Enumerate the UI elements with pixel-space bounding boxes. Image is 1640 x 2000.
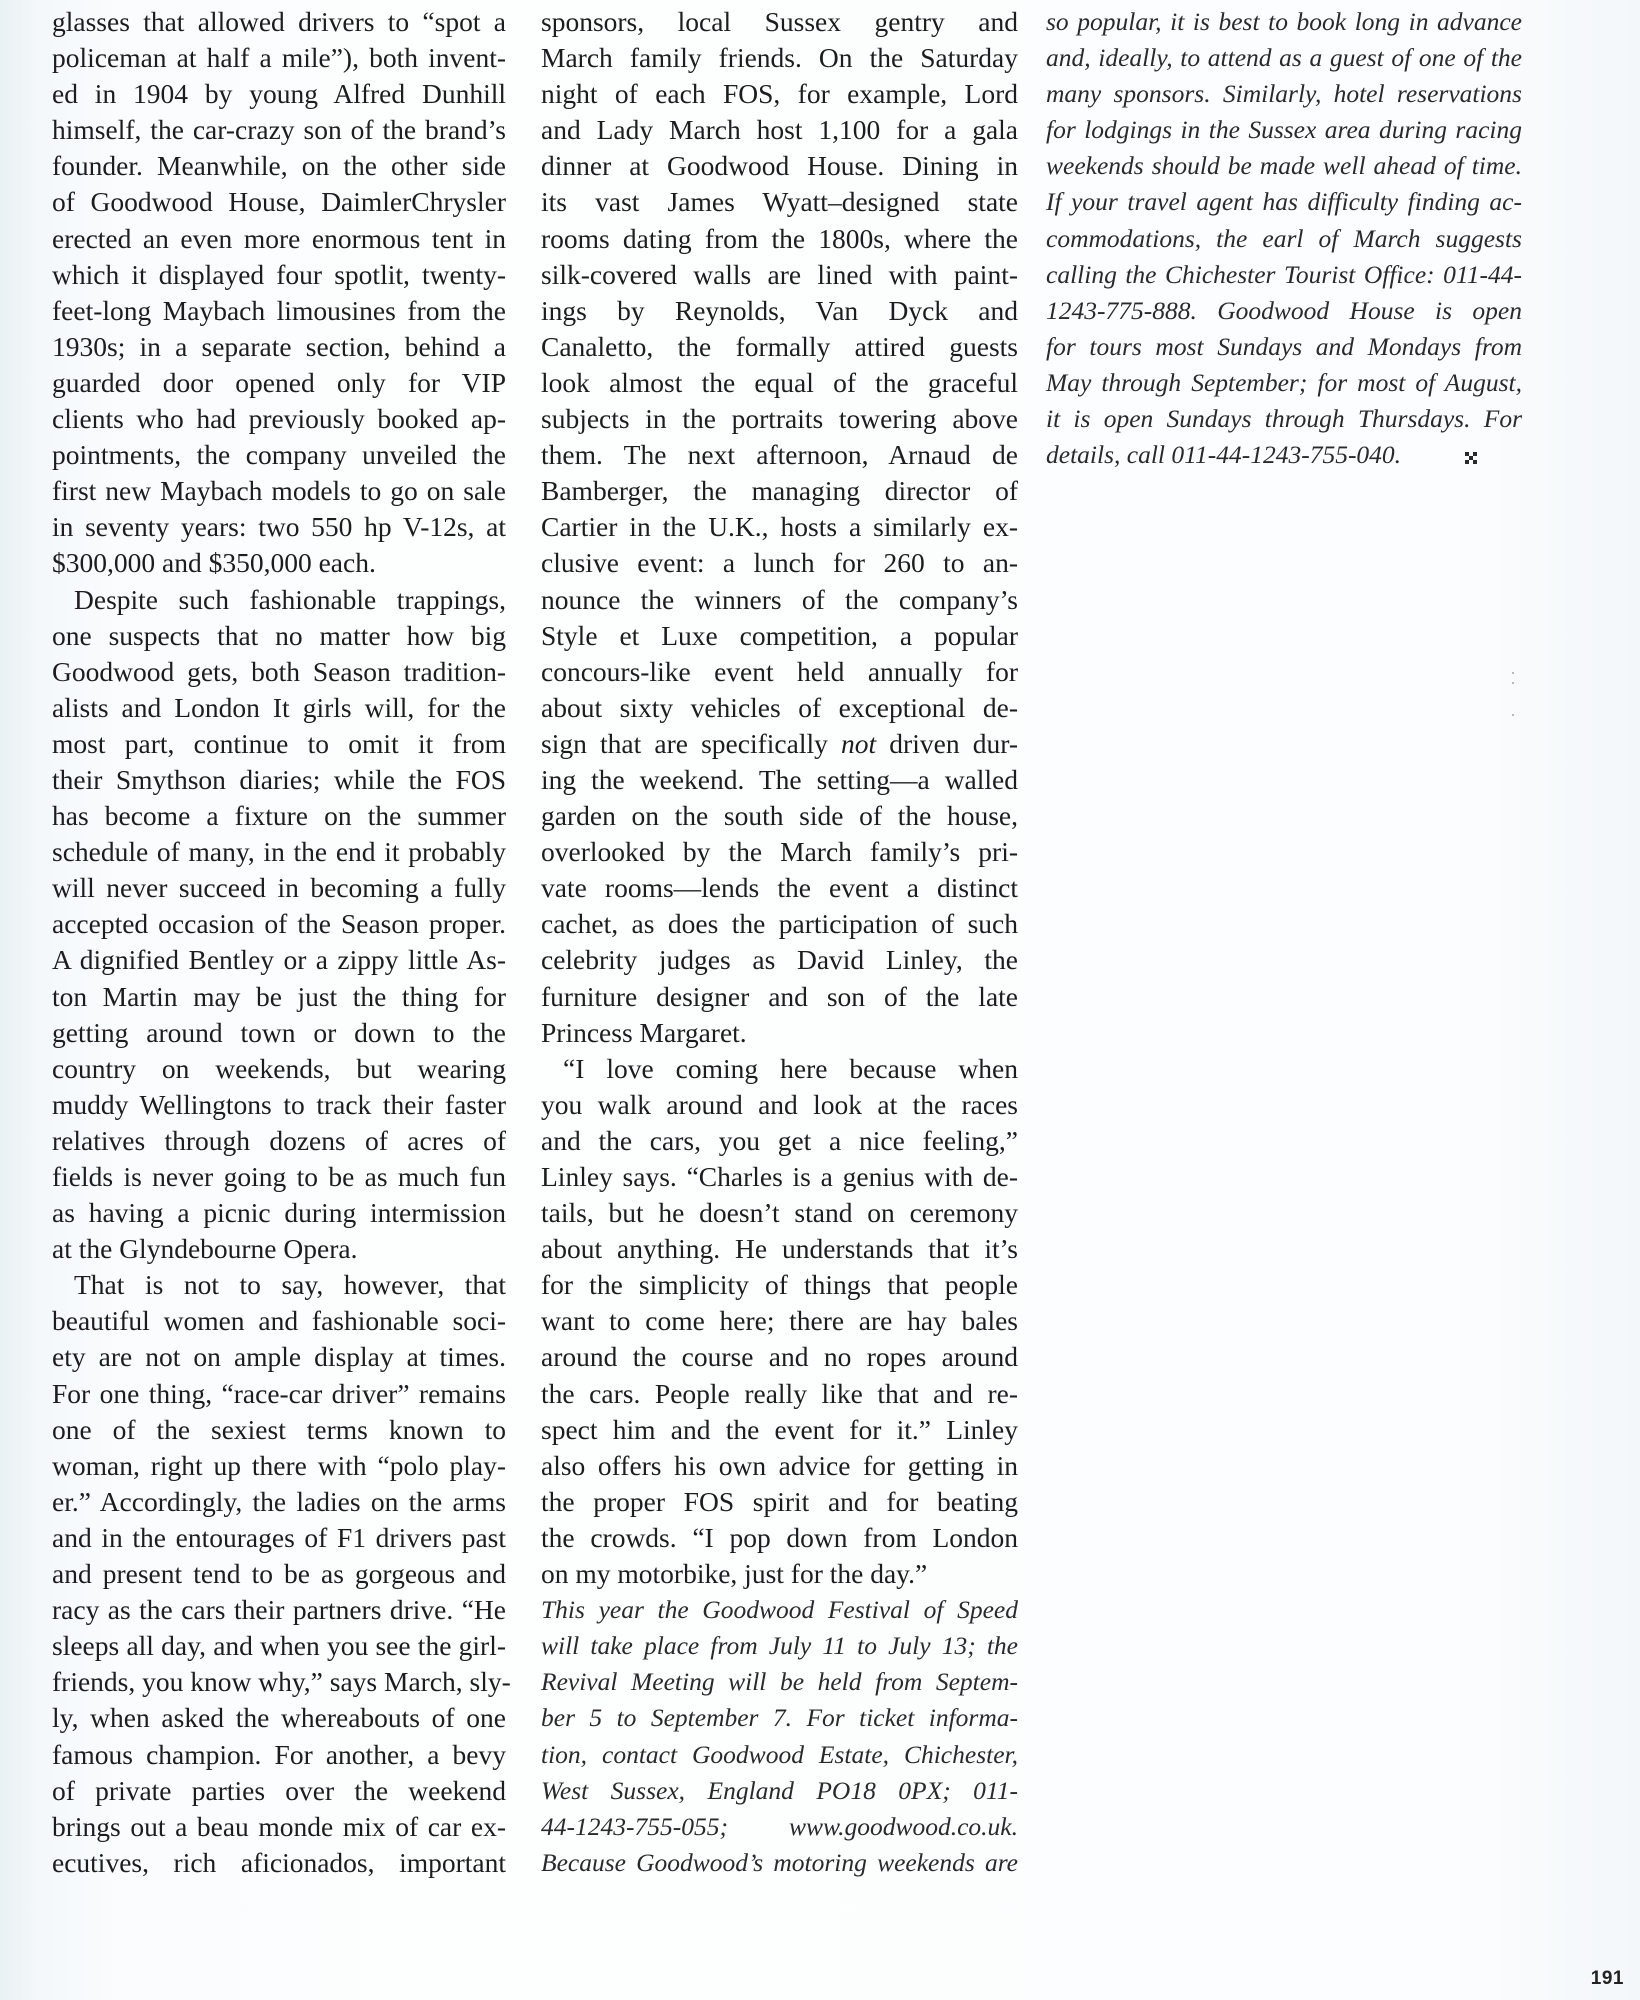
paragraph-start-line: That is not to say, however, that <box>52 1267 506 1303</box>
text-line: and Lady March host 1,100 for a gala <box>541 112 1018 148</box>
text-line: Princess Margaret. <box>541 1015 1018 1051</box>
info-line: 1243-775-888. Goodwood House is open <box>1046 293 1522 329</box>
text-line: at the Glyndebourne Opera. <box>52 1231 506 1267</box>
text-line: the crowds. “I pop down from London <box>541 1520 1018 1556</box>
text-line: guarded door opened only for VIP <box>52 365 506 401</box>
text-line: 1930s; in a separate section, behind a <box>52 329 506 365</box>
info-line: and, ideally, to attend as a guest of on… <box>1046 40 1522 76</box>
text-line: ety are not on ample display at times. <box>52 1339 506 1375</box>
info-line: many sponsors. Similarly, hotel reservat… <box>1046 76 1522 112</box>
text-line: erected an even more enormous tent in <box>52 221 506 257</box>
text-line: them. The next afternoon, Arnaud de <box>541 437 1018 473</box>
info-line: Because Goodwood’s motoring weekends are <box>541 1845 1018 1881</box>
text-line: you walk around and look at the races <box>541 1087 1018 1123</box>
text-line: and the cars, you get a nice feeling,” <box>541 1123 1018 1159</box>
text-line: and in the entourages of F1 drivers past <box>52 1520 506 1556</box>
info-line: ber 5 to September 7. For ticket informa… <box>541 1700 1018 1736</box>
info-line-final: details, call 011-44-1243-755-040. <box>1046 437 1522 473</box>
text-line: most part, continue to omit it from <box>52 726 506 762</box>
text-line: dinner at Goodwood House. Dining in <box>541 148 1018 184</box>
text-line: ly, when asked the whereabouts of one <box>52 1700 506 1736</box>
text-line: famous champion. For another, a bevy <box>52 1737 506 1773</box>
page-number: 191 <box>1591 1968 1624 1990</box>
text-line: about anything. He understands that it’s <box>541 1231 1018 1267</box>
text-line: ed in 1904 by young Alfred Dunhill <box>52 76 506 112</box>
text-line: their Smythson diaries; while the FOS <box>52 762 506 798</box>
text-line: first new Maybach models to go on sale <box>52 473 506 509</box>
text-line: around the course and no ropes around <box>541 1339 1018 1375</box>
text-line: policeman at half a mile”), both invent- <box>52 40 506 76</box>
text-line: on my motorbike, just for the day.” <box>541 1556 1018 1592</box>
info-line: weekends should be made well ahead of ti… <box>1046 148 1522 184</box>
final-line-text: details, call 011-44-1243-755-040. <box>1046 440 1401 469</box>
text-line: look almost the equal of the graceful <box>541 365 1018 401</box>
text-line: has become a fixture on the summer <box>52 798 506 834</box>
text-line: its vast James Wyatt–designed state <box>541 184 1018 220</box>
text-line: spect him and the event for it.” Linley <box>541 1412 1018 1448</box>
text-line: the cars. People really like that and re… <box>541 1376 1018 1412</box>
text-line: in seventy years: two 550 hp V-12s, at <box>52 509 506 545</box>
text-line: Cartier in the U.K., hosts a similarly e… <box>541 509 1018 545</box>
text-line: silk-covered walls are lined with paint- <box>541 257 1018 293</box>
info-line: Revival Meeting will be held from Septem… <box>541 1664 1018 1700</box>
text-line: brings out a beau monde mix of car ex- <box>52 1809 506 1845</box>
text-line: schedule of many, in the end it probably <box>52 834 506 870</box>
text-line: rooms dating from the 1800s, where the <box>541 221 1018 257</box>
text-line: pointments, the company unveiled the <box>52 437 506 473</box>
text-line: sponsors, local Sussex gentry and <box>541 4 1018 40</box>
text-line: sleeps all day, and when you see the gir… <box>52 1628 506 1664</box>
text-line: celebrity judges as David Linley, the <box>541 942 1018 978</box>
text-line: ecutives, rich aficionados, important <box>52 1845 506 1881</box>
text-line: feet-long Maybach limousines from the <box>52 293 506 329</box>
text-line: founder. Meanwhile, on the other side <box>52 148 506 184</box>
event-info-sidebar: This year the Goodwood Festival of Speed… <box>541 1592 1018 1881</box>
info-line: will take place from July 11 to July 13;… <box>541 1628 1018 1664</box>
emphasized-word: not <box>841 728 876 759</box>
text-line: himself, the car-crazy son of the brand’… <box>52 112 506 148</box>
text-line: for the simplicity of things that people <box>541 1267 1018 1303</box>
text-line: Style et Luxe competition, a popular <box>541 618 1018 654</box>
text-line: which it displayed four spotlit, twenty- <box>52 257 506 293</box>
text-line: $300,000 and $350,000 each. <box>52 545 506 581</box>
text-line: Bamberger, the managing director of <box>541 473 1018 509</box>
text-line: cachet, as does the participation of suc… <box>541 906 1018 942</box>
text-column-3: so popular, it is best to book long in a… <box>1046 4 1522 473</box>
text-line: beautiful women and fashionable soci- <box>52 1303 506 1339</box>
text-line: subjects in the portraits towering above <box>541 401 1018 437</box>
info-line: so popular, it is best to book long in a… <box>1046 4 1522 40</box>
text-line: friends, you know why,” says March, sly- <box>52 1664 506 1700</box>
text-segment: driven dur- <box>876 728 1018 759</box>
text-line: concours-like event held annually for <box>541 654 1018 690</box>
text-line: garden on the south side of the house, <box>541 798 1018 834</box>
text-line: will never succeed in becoming a fully <box>52 870 506 906</box>
text-line: woman, right up there with “polo play- <box>52 1448 506 1484</box>
text-line: country on weekends, but wearing <box>52 1051 506 1087</box>
info-line: 44-1243-755-055; www.goodwood.co.uk. <box>541 1809 1018 1845</box>
text-line: of Goodwood House, DaimlerChrysler <box>52 184 506 220</box>
text-line: A dignified Bentley or a zippy little As… <box>52 942 506 978</box>
text-line: and present tend to be as gorgeous and <box>52 1556 506 1592</box>
text-line: ings by Reynolds, Van Dyck and <box>541 293 1018 329</box>
info-line: for lodgings in the Sussex area during r… <box>1046 112 1522 148</box>
text-segment: sign that are specifically <box>541 728 841 759</box>
text-line: alists and London It girls will, for the <box>52 690 506 726</box>
text-line: ing the weekend. The setting—a walled <box>541 762 1018 798</box>
text-line: glasses that allowed drivers to “spot a <box>52 4 506 40</box>
text-line: night of each FOS, for example, Lord <box>541 76 1018 112</box>
text-line: of private parties over the weekend <box>52 1773 506 1809</box>
text-line: one of the sexiest terms known to <box>52 1412 506 1448</box>
text-column-2: sponsors, local Sussex gentry and March … <box>541 4 1018 1881</box>
info-line: West Sussex, England PO18 0PX; 011- <box>541 1773 1018 1809</box>
info-line: commodations, the earl of March suggests <box>1046 221 1522 257</box>
info-line: tion, contact Goodwood Estate, Chicheste… <box>541 1737 1018 1773</box>
text-line: furniture designer and son of the late <box>541 979 1018 1015</box>
scan-specks <box>1512 672 1514 722</box>
paragraph-start-line: Despite such fashionable trappings, <box>52 582 506 618</box>
text-line: muddy Wellingtons to track their faster <box>52 1087 506 1123</box>
text-line: relatives through dozens of acres of <box>52 1123 506 1159</box>
text-line: For one thing, “race-car driver” remains <box>52 1376 506 1412</box>
text-line: Canaletto, the formally attired guests <box>541 329 1018 365</box>
text-line: tails, but he doesn’t stand on ceremony <box>541 1195 1018 1231</box>
text-line: also offers his own advice for getting i… <box>541 1448 1018 1484</box>
info-line: for tours most Sundays and Mondays from <box>1046 329 1522 365</box>
info-line: This year the Goodwood Festival of Speed <box>541 1592 1018 1628</box>
text-line: Goodwood gets, both Season tradition- <box>52 654 506 690</box>
text-line-with-emphasis: sign that are specifically not driven du… <box>541 726 1018 762</box>
text-line: as having a picnic during intermission <box>52 1195 506 1231</box>
text-line: clusive event: a lunch for 260 to an- <box>541 545 1018 581</box>
text-line: fields is never going to be as much fun <box>52 1159 506 1195</box>
info-line: calling the Chichester Tourist Office: 0… <box>1046 257 1522 293</box>
text-column-1: glasses that allowed drivers to “spot a … <box>52 4 506 1881</box>
text-line: accepted occasion of the Season proper. <box>52 906 506 942</box>
text-line: the proper FOS spirit and for beating <box>541 1484 1018 1520</box>
text-line: March family friends. On the Saturday <box>541 40 1018 76</box>
text-line: one suspects that no matter how big <box>52 618 506 654</box>
text-line: getting around town or down to the <box>52 1015 506 1051</box>
text-line: want to come here; there are hay bales <box>541 1303 1018 1339</box>
text-line: vate rooms—lends the event a distinct <box>541 870 1018 906</box>
text-line: nounce the winners of the company’s <box>541 582 1018 618</box>
text-line: about sixty vehicles of exceptional de- <box>541 690 1018 726</box>
info-line: If your travel agent has difficulty find… <box>1046 184 1522 220</box>
text-line: overlooked by the March family’s pri- <box>541 834 1018 870</box>
text-line: racy as the cars their partners drive. “… <box>52 1592 506 1628</box>
text-line: Linley says. “Charles is a genius with d… <box>541 1159 1018 1195</box>
paragraph-start-line: “I love coming here because when <box>541 1051 1018 1087</box>
end-of-article-dingbat-icon <box>1465 452 1477 464</box>
text-line: clients who had previously booked ap- <box>52 401 506 437</box>
text-line: ton Martin may be just the thing for <box>52 979 506 1015</box>
text-line: er.” Accordingly, the ladies on the arms <box>52 1484 506 1520</box>
info-line: it is open Sundays through Thursdays. Fo… <box>1046 401 1522 437</box>
info-line: May through September; for most of Augus… <box>1046 365 1522 401</box>
